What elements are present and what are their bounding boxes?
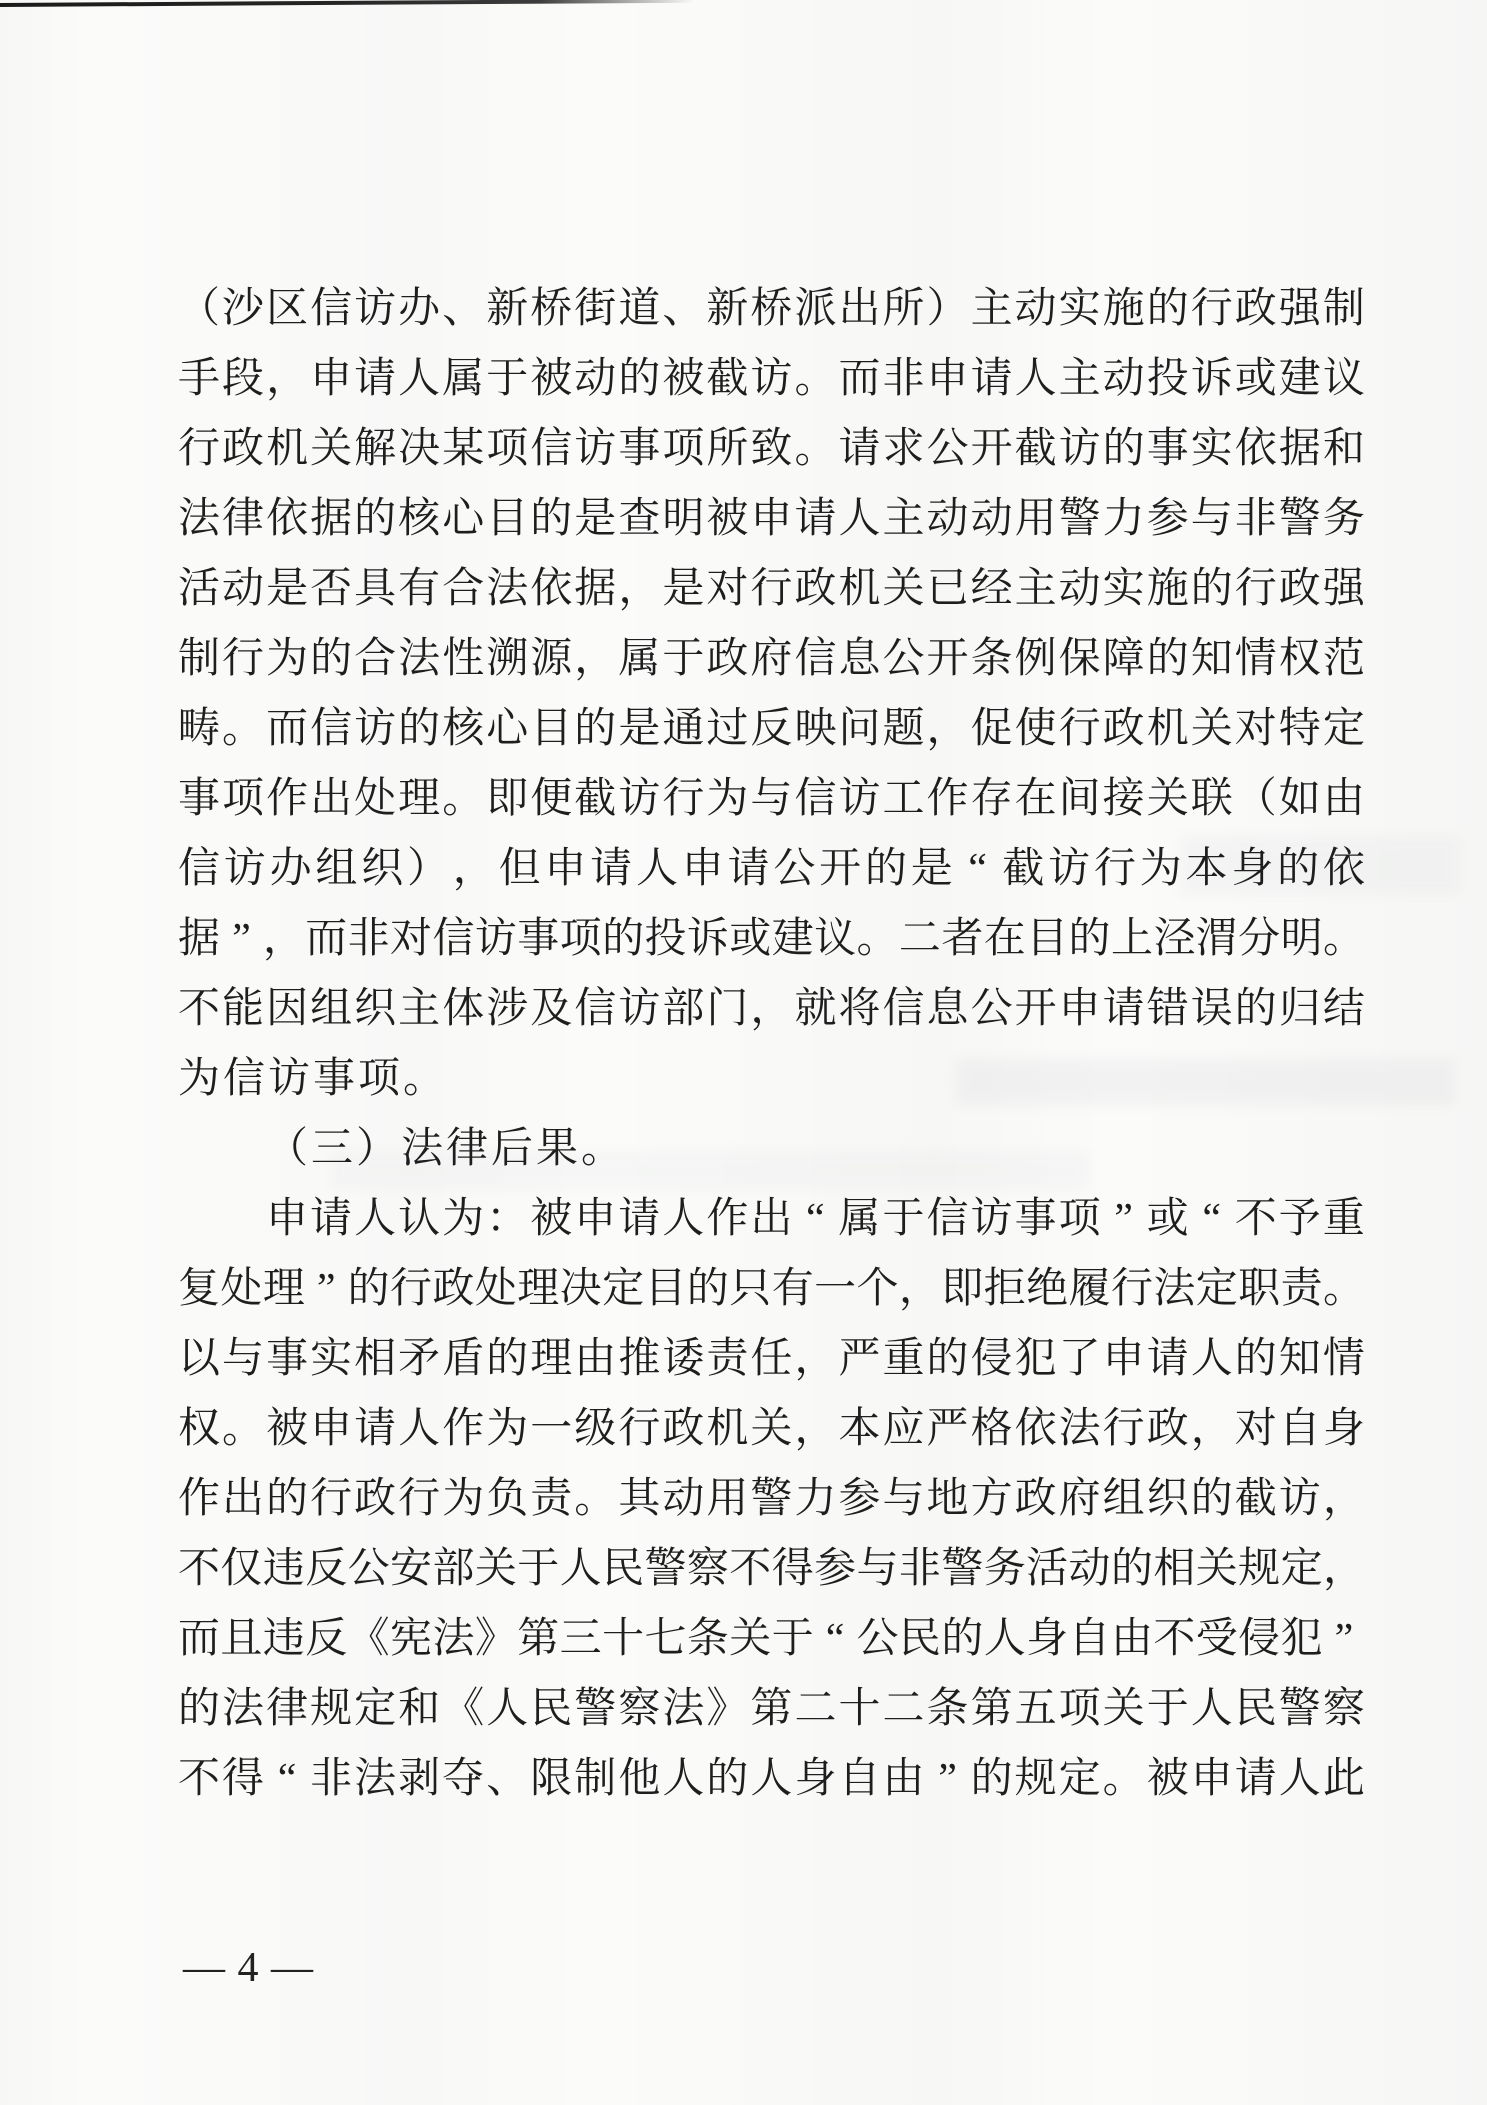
text-line: 法律依据的核心目的是查明被申请人主动动用警力参与非警务 [178, 484, 1365, 554]
text-line: 不得“非法剥夺、限制他人的人身自由”的规定。被申请人此 [178, 1744, 1365, 1814]
text-line: 行政机关解决某项信访事项所致。请求公开截访的事实依据和 [178, 414, 1365, 484]
text-line: 事项作出处理。即便截访行为与信访工作存在间接关联（如由 [178, 764, 1365, 834]
text-line: 作出的行政行为负责。其动用警力参与地方政府组织的截访， [178, 1464, 1365, 1534]
text-line: 不能因组织主体涉及信访部门，就将信息公开申请错误的归结 [178, 974, 1365, 1044]
text-line: 申请人认为：被申请人作出“属于信访事项”或“不予重 [178, 1184, 1365, 1254]
text-line: 不仅违反公安部关于人民警察不得参与非警务活动的相关规定， [178, 1534, 1365, 1604]
text-line: 畴。而信访的核心目的是通过反映问题，促使行政机关对特定 [178, 694, 1365, 764]
text-line: 制行为的合法性溯源，属于政府信息公开条例保障的知情权范 [178, 624, 1365, 694]
text-line: （沙区信访办、新桥街道、新桥派出所）主动实施的行政强制 [178, 274, 1365, 344]
document-body: （沙区信访办、新桥街道、新桥派出所）主动实施的行政强制手段，申请人属于被动的被截… [178, 274, 1365, 1814]
text-line: 的法律规定和《人民警察法》第二十二条第五项关于人民警察 [178, 1674, 1365, 1744]
document-page: { "page": { "paper_color": "#fbfbfa", "i… [0, 0, 1487, 2105]
text-line: （三）法律后果。 [178, 1114, 1365, 1184]
text-line: 据”，而非对信访事项的投诉或建议。二者在目的上泾渭分明。 [178, 904, 1365, 974]
text-line: 以与事实相矛盾的理由推诿责任，严重的侵犯了申请人的知情 [178, 1324, 1365, 1394]
scan-artifact-line [0, 0, 694, 7]
text-line: 而且违反《宪法》第三十七条关于“公民的人身自由不受侵犯” [178, 1604, 1365, 1674]
text-line: 为信访事项。 [178, 1044, 1365, 1114]
text-line: 活动是否具有合法依据，是对行政机关已经主动实施的行政强 [178, 554, 1365, 624]
text-line: 权。被申请人作为一级行政机关，本应严格依法行政，对自身 [178, 1394, 1365, 1464]
page-number: — 4 — [183, 1947, 314, 1989]
text-line: 信访办组织），但申请人申请公开的是“截访行为本身的依 [178, 834, 1365, 904]
text-line: 复处理”的行政处理决定目的只有一个，即拒绝履行法定职责。 [178, 1254, 1365, 1324]
text-line: 手段，申请人属于被动的被截访。而非申请人主动投诉或建议 [178, 344, 1365, 414]
